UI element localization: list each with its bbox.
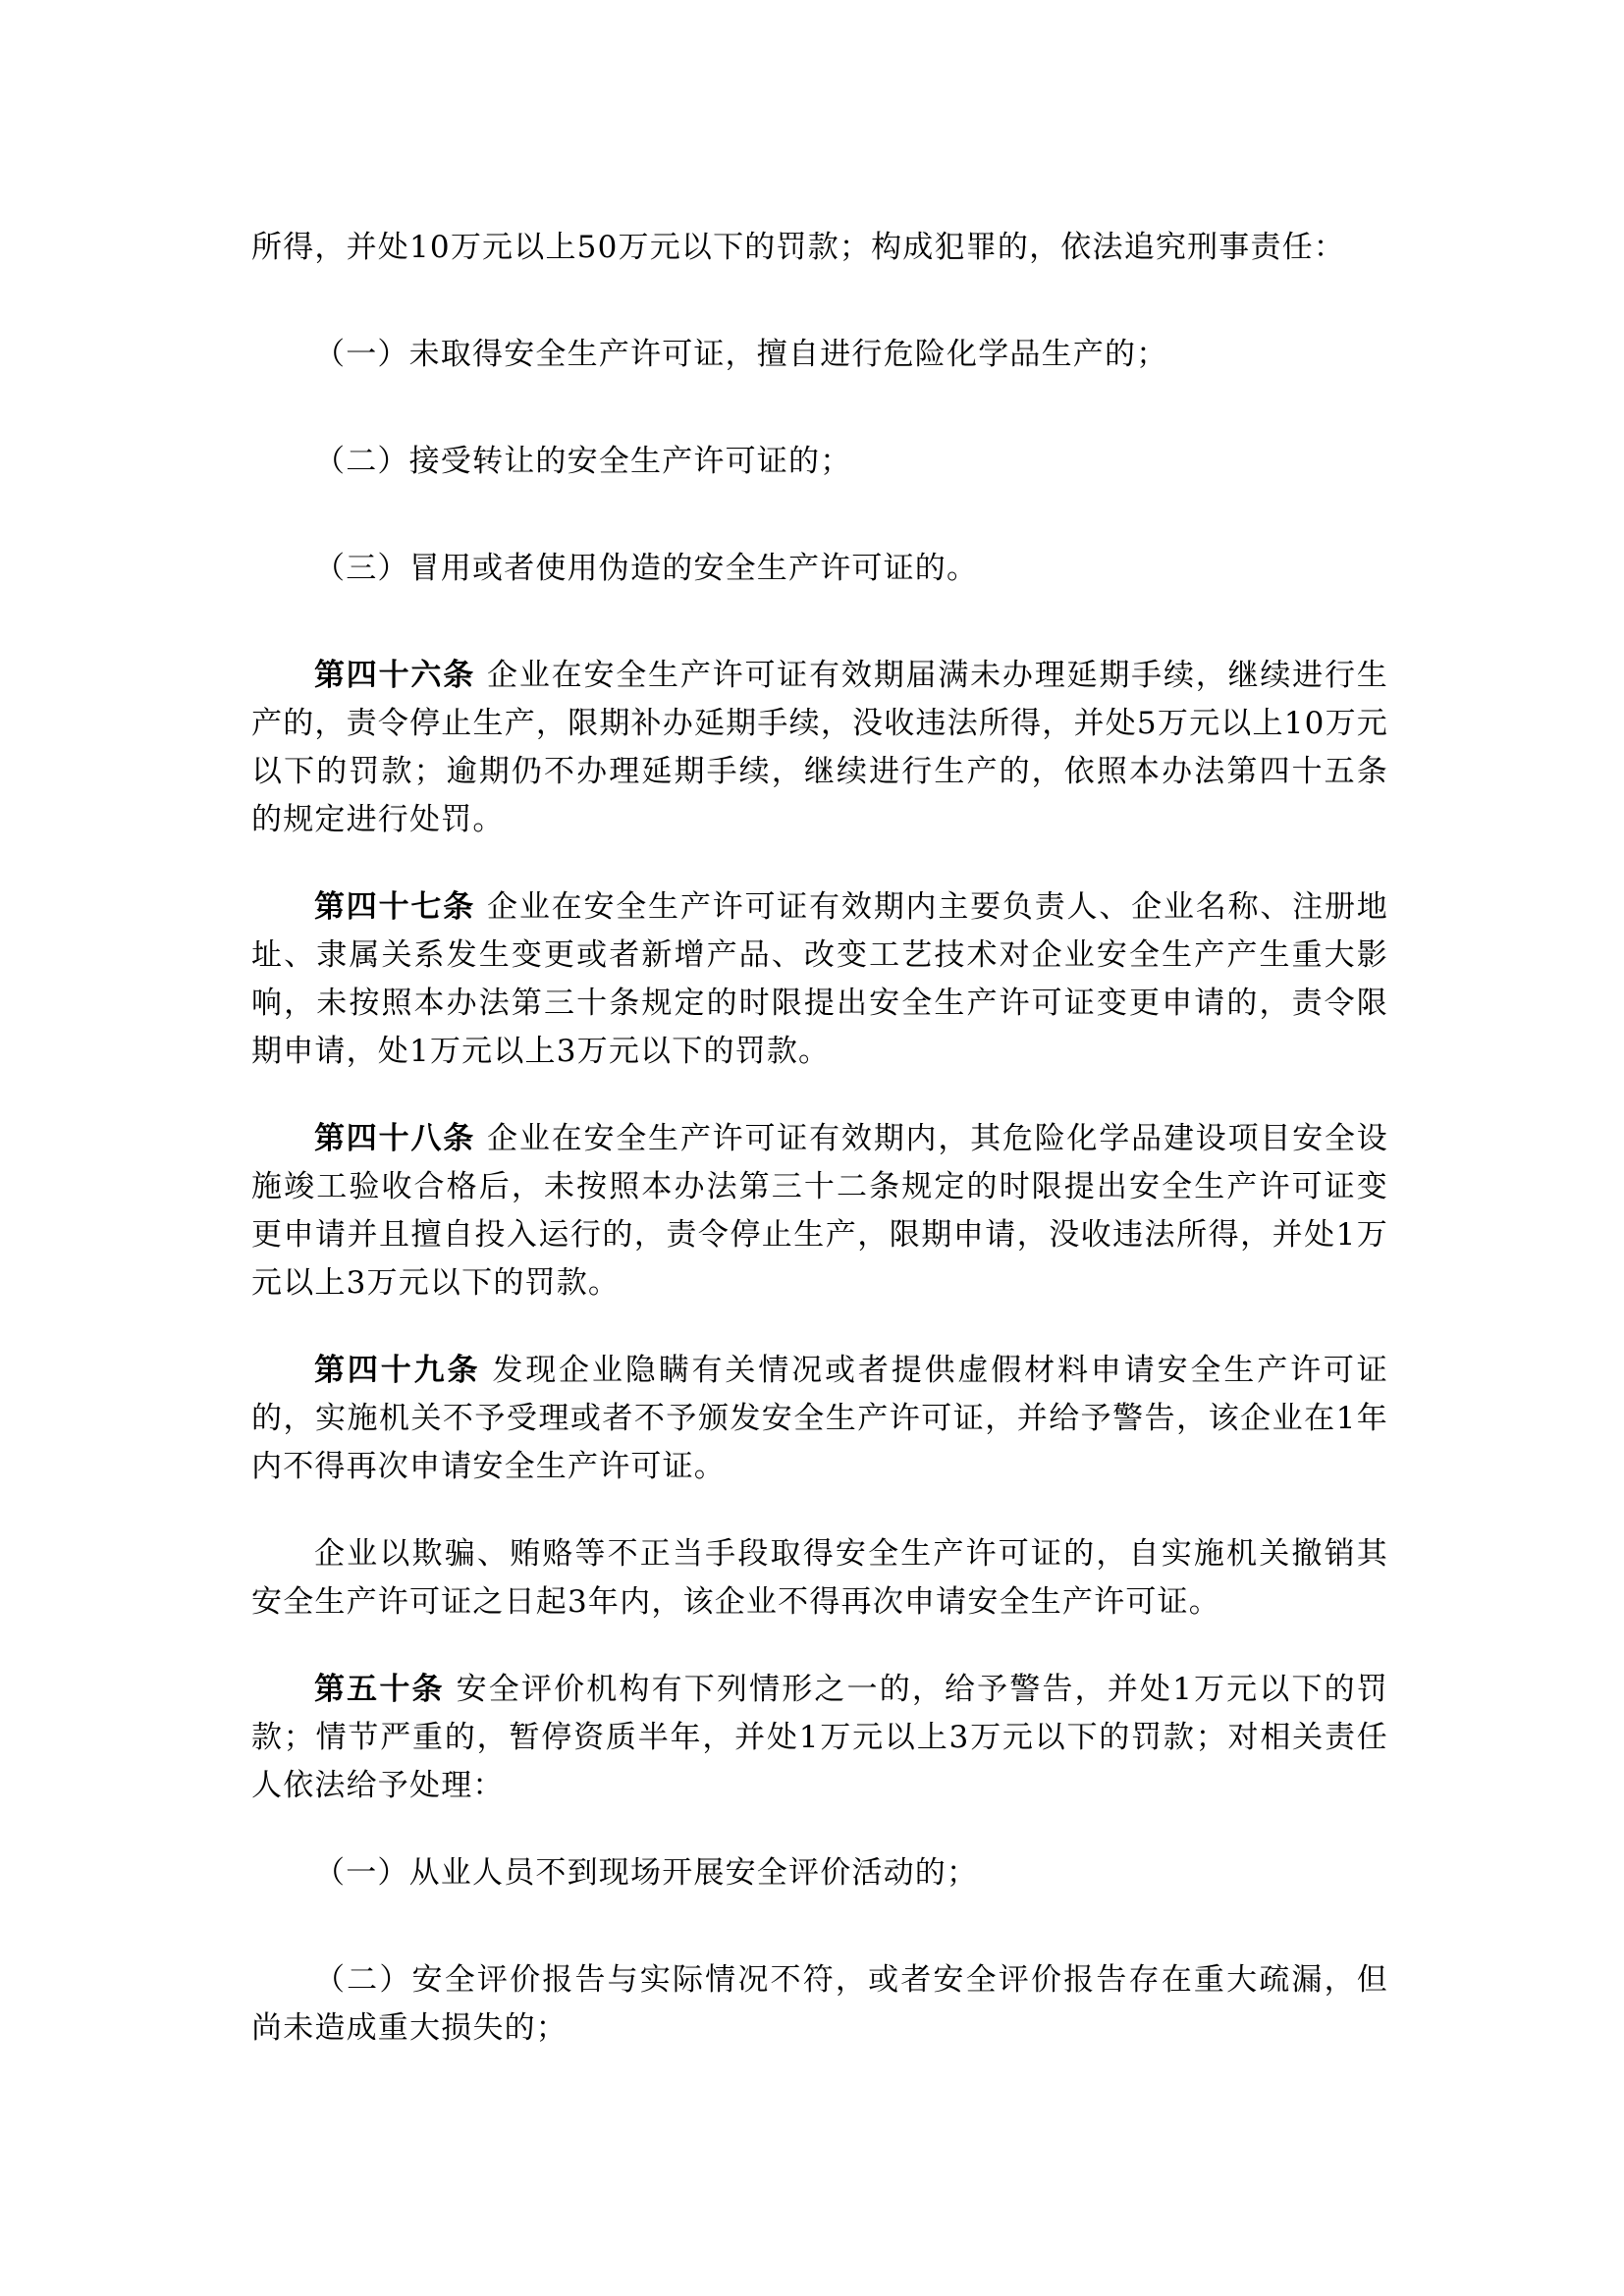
list-item-2: （二）接受转让的安全生产许可证的；: [251, 438, 1388, 486]
article-heading: 第四十七条: [314, 889, 475, 925]
list-item-3: （三）冒用或者使用伪造的安全生产许可证的。: [251, 545, 1388, 593]
article-48: 第四十八条企业在安全生产许可证有效期内，其危险化学品建设项目安全设施竣工验收合格…: [251, 1115, 1388, 1308]
article-46: 第四十六条企业在安全生产许可证有效期届满未办理延期手续，继续进行生产的，责令停止…: [251, 652, 1388, 844]
list-item-1: （一）从业人员不到现场开展安全评价活动的；: [251, 1849, 1388, 1897]
continuation-paragraph: 所得，并处10万元以上50万元以下的罚款；构成犯罪的，依法追究刑事责任：: [251, 224, 1388, 272]
article-heading: 第五十条: [314, 1672, 445, 1707]
article-47: 第四十七条企业在安全生产许可证有效期内主要负责人、企业名称、注册地址、隶属关系发…: [251, 883, 1388, 1076]
article-49-paragraph-2: 企业以欺骗、贿赂等不正当手段取得安全生产许可证的，自实施机关撤销其安全生产许可证…: [251, 1530, 1388, 1627]
article-heading: 第四十八条: [314, 1121, 475, 1156]
article-50: 第五十条安全评价机构有下列情形之一的，给予警告，并处1万元以下的罚款；情节严重的…: [251, 1666, 1388, 1810]
list-item-1: （一）未取得安全生产许可证，擅自进行危险化学品生产的；: [251, 331, 1388, 379]
article-heading: 第四十九条: [314, 1353, 480, 1388]
article-49: 第四十九条发现企业隐瞒有关情况或者提供虚假材料申请安全生产许可证的，实施机关不予…: [251, 1347, 1388, 1491]
article-heading: 第四十六条: [314, 658, 475, 693]
document-page: 所得，并处10万元以上50万元以下的罚款；构成犯罪的，依法追究刑事责任： （一）…: [251, 224, 1388, 2111]
list-item-2: （二）安全评价报告与实际情况不符，或者安全评价报告存在重大疏漏，但尚未造成重大损…: [251, 1956, 1388, 2053]
